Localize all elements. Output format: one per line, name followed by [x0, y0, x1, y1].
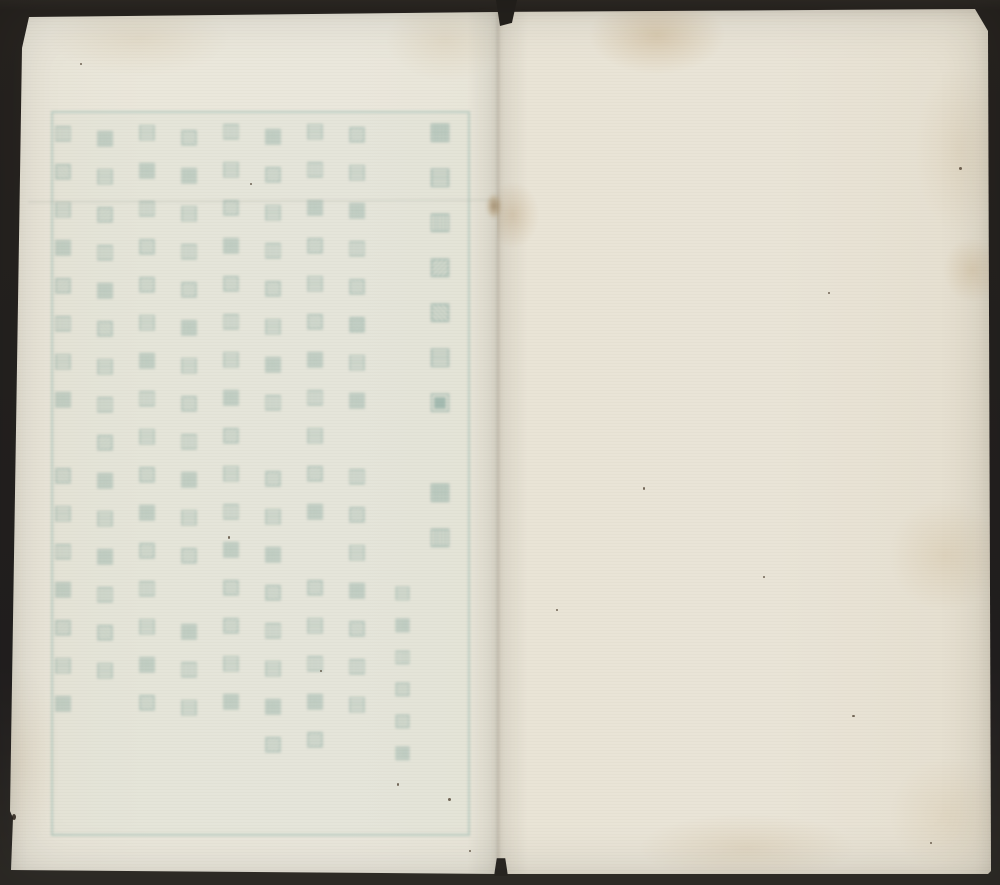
right-page-surface [497, 0, 1000, 885]
foxing-speck [852, 715, 855, 717]
foxing-speck [397, 783, 399, 786]
foxing-speck [250, 183, 252, 185]
foxing-speck [828, 292, 830, 294]
left-page: ▦▤▥▧▨▤▣ ▦▥ ▤▦▥▧▨▦ ▧▤▦▥▨▩▤▦ ▥▧▤▦▨▥▤ ▤▥▦▧▤… [0, 0, 497, 885]
right-page [497, 0, 1000, 885]
foxing-speck [763, 576, 765, 578]
foxing-speck [930, 842, 932, 844]
foxing-speck [556, 609, 558, 611]
foxing-speck [228, 536, 230, 539]
foxing-speck [643, 487, 645, 490]
foxing-speck [320, 670, 322, 672]
foxing-speck [448, 798, 451, 801]
foxing-speck [80, 63, 82, 65]
foxing-speck [959, 167, 962, 170]
gutter-stain [486, 193, 502, 219]
foxing-speck [469, 850, 471, 852]
bleedthrough-frame [51, 111, 470, 836]
book-scan: ▦▤▥▧▨▤▣ ▦▥ ▤▦▥▧▨▦ ▧▤▦▥▨▩▤▦ ▥▧▤▦▨▥▤ ▤▥▦▧▤… [0, 0, 1000, 885]
foxing-speck [12, 814, 16, 820]
